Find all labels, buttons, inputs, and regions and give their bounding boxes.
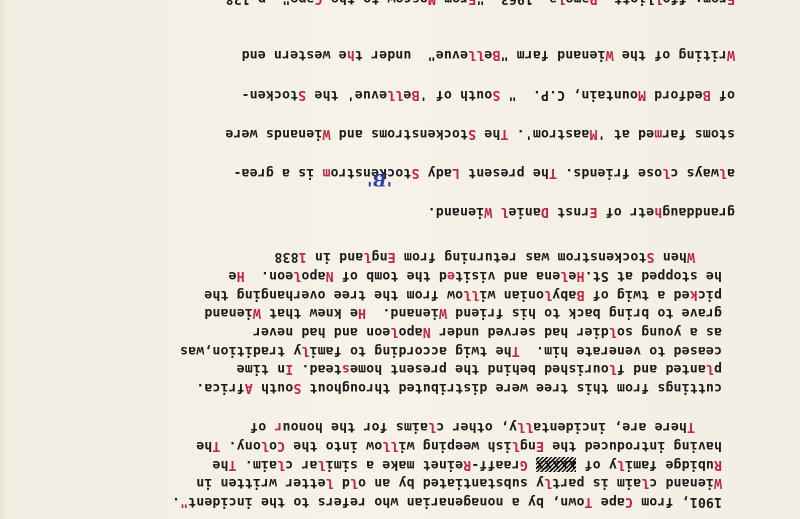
paragraph-3-line-1: There are, incidentally, other claims fo… bbox=[250, 418, 695, 434]
rotated-page: From: ffolliott, Pamela, 1963. "From Mos… bbox=[0, 0, 800, 519]
paragraph-2-line-2: he stopped at St.Helena and visited the … bbox=[228, 267, 722, 283]
paragraph-1-line-4: always close friends. The present Lady S… bbox=[233, 164, 735, 180]
paragraph-2-line-3: picked a twig of Babylonian willow from … bbox=[204, 286, 722, 302]
paragraph-2-line-6: ceased to venerate him. The twig accordi… bbox=[180, 342, 722, 358]
typewritten-sheet: From: ffolliott, Pamela, 1963. "From Mos… bbox=[0, 0, 800, 519]
handwritten-annotation: 'B' bbox=[367, 169, 392, 189]
source-citation: From: ffolliott, Pamela, 1963. "From Mos… bbox=[217, 0, 800, 22]
paragraph-2-line-4: grave to bring back to his friend Wienan… bbox=[204, 304, 722, 320]
paragraph-3-line-5: 1901, from Cape Town, by a nonagenarian … bbox=[172, 493, 722, 509]
paragraph-2-line-1: When Stockenstrom was returning from Eng… bbox=[274, 248, 695, 264]
paragraph-1-line-3: stoms farmed at 'Maastrom'. The Stockens… bbox=[225, 125, 735, 141]
paragraph-2-line-7: planted and flourished behind the presen… bbox=[237, 360, 722, 376]
paragraph-1-line-2: of Bedford Mountain, C.P. " South of 'Be… bbox=[241, 86, 735, 102]
paragraph-3-line-4: Wienand claim is partly substantiated by… bbox=[196, 474, 722, 490]
paragraph-2-line-5: as a young soldier had served under Napo… bbox=[253, 323, 722, 339]
paragraph-3-line-3: Rubidge family of xxxxx Graaff-Reinet ma… bbox=[212, 456, 722, 472]
paragraph-1-line-5: granddaughetr of Ernst Daniel Wienand. bbox=[428, 203, 735, 219]
struck-out-text: xxxxx bbox=[536, 457, 576, 472]
paragraph-3-line-2: having introduced the English weeping wi… bbox=[196, 437, 722, 453]
paragraph-1-line-1: Writing of the Wienand farm "Bellevue" u… bbox=[241, 46, 735, 62]
paragraph-2-line-8: cuttings from this tree were distributed… bbox=[196, 379, 722, 395]
scanned-document: From: ffolliott, Pamela, 1963. "From Mos… bbox=[0, 0, 800, 519]
